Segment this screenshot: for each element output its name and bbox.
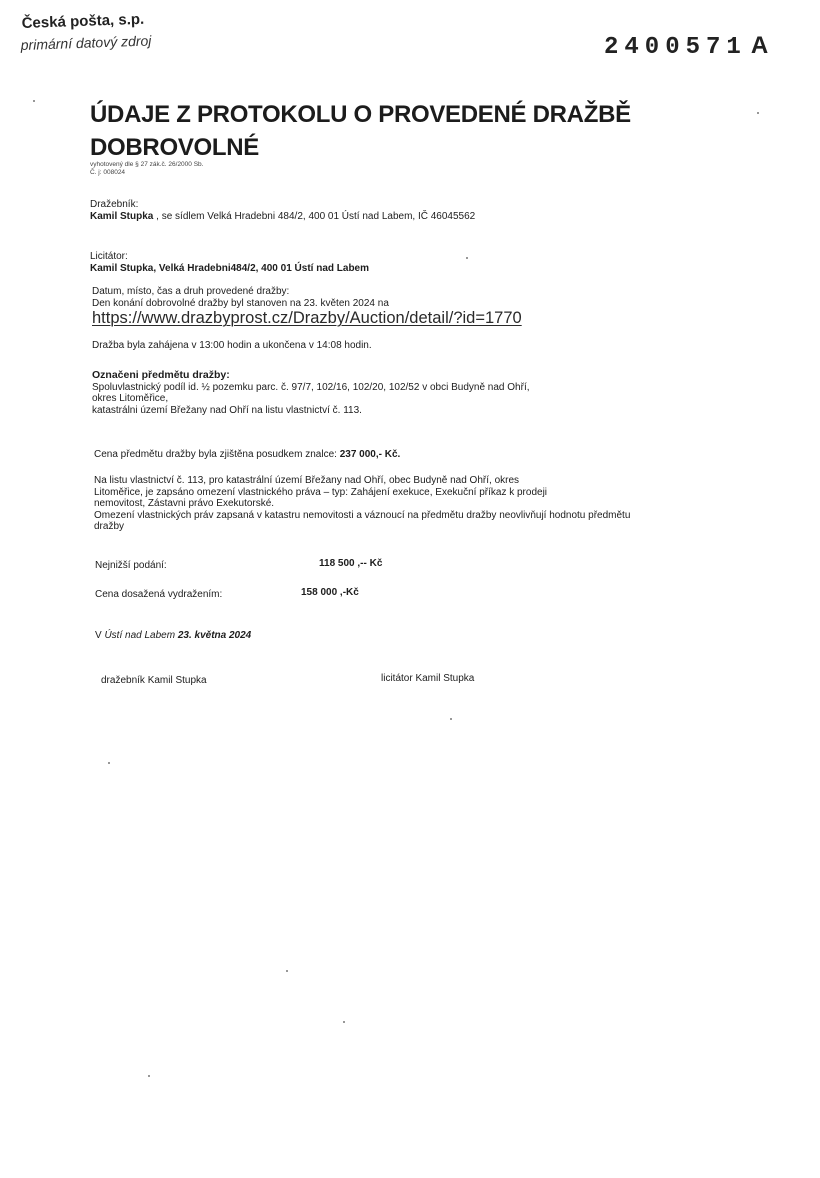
encumbrance-line: dražby [94,521,630,533]
scan-speck [286,970,288,972]
subject-label: Označeni předmětu dražby: [92,370,530,382]
scan-speck [148,1075,150,1077]
auctioneer-name: Kamil Stupka [90,211,153,222]
auctioneer-value: Kamil Stupka , se sídlem Velká Hradebni … [90,211,475,223]
encumbrances-section: Na listu vlastnictví č. 113, pro katastr… [94,475,630,533]
scan-speck [108,762,110,764]
legal-reference: vyhotovený dle § 27 zák.č. 26/2000 Sb. Č… [90,161,203,177]
licitator-label: Licitátor: [90,251,369,263]
scan-speck [33,100,35,102]
title-line-2: DOBROVOLNÉ [90,131,650,164]
document-suffix: A [751,32,768,59]
date: 23. května 2024 [178,630,251,641]
encumbrance-line: nemovitost, Zástavni právo Exekutorské. [94,498,630,510]
final-price-value: 158 000 ,-Kč [301,587,359,599]
auction-info-label: Datum, místo, čas a druh provedené dražb… [92,286,389,298]
scan-speck [450,718,452,720]
auction-url-link[interactable]: https://www.drazbyprost.cz/Drazby/Auctio… [92,309,522,328]
auction-info-description: Den konání dobrovolné dražby byl stanove… [92,298,389,310]
lowest-bid-value: 118 500 ,-- Kč [319,558,382,570]
valuation-text: Cena předmětu dražby byla zjištěna posud… [94,449,340,460]
scan-speck [343,1021,345,1023]
subject-line: Spoluvlastnický podíl id. ½ pozemku parc… [92,382,530,394]
subject-line: okres Litoměřice, [92,393,530,405]
licitator-section: Licitátor: Kamil Stupka, Velká Hradebni4… [90,251,369,274]
encumbrance-line: Litoměřice, je zapsáno omezení vlastnick… [94,487,630,499]
organization-subtitle: primární datový zdroj [20,32,151,53]
auctioneer-details: , se sídlem Velká Hradebni 484/2, 400 01… [153,211,475,222]
encumbrance-line: Na listu vlastnictví č. 113, pro katastr… [94,475,630,487]
auction-info-section: Datum, místo, čas a druh provedené dražb… [92,286,389,309]
encumbrance-line: Omezení vlastnických práv zapsaná v kata… [94,510,630,522]
auctioneer-section: Dražebník: Kamil Stupka , se sídlem Velk… [90,199,475,222]
reference-number: Č. j: 008024 [90,169,203,177]
valuation-amount: 237 000,- Kč. [340,449,401,460]
title-line-1: ÚDAJE Z PROTOKOLU O PROVEDENÉ DRAŽBĚ [90,98,650,131]
place-date-line: V Ústí nad Labem 23. května 2024 [95,630,251,642]
place: Ústí nad Labem [104,630,177,641]
subject-line: katastrálni území Břežany nad Ohří na li… [92,405,530,417]
organization-name: Česká pošta, s.p. [21,11,144,32]
scan-speck [466,257,468,259]
auction-timing: Dražba byla zahájena v 13:00 hodin a uko… [92,340,372,352]
lowest-bid-label: Nejnižší podání: [95,560,167,572]
licitator-value: Kamil Stupka, Velká Hradebni484/2, 400 0… [90,263,369,275]
auctioneer-label: Dražebník: [90,199,475,211]
final-price-label: Cena dosažená vydražením: [95,589,222,601]
valuation-line: Cena předmětu dražby byla zjištěna posud… [94,449,400,461]
scan-speck [757,112,759,114]
document-number-stamp: 2400571A [604,32,768,61]
document-title: ÚDAJE Z PROTOKOLU O PROVEDENÉ DRAŽBĚ DOB… [90,98,650,164]
subject-section: Označeni předmětu dražby: Spoluvlastnick… [92,370,530,416]
auctioneer-signature: dražebník Kamil Stupka [101,675,207,687]
document-number: 2400571 [604,34,747,61]
licitator-signature: licitátor Kamil Stupka [381,673,474,685]
legal-basis: vyhotovený dle § 27 zák.č. 26/2000 Sb. [90,161,203,169]
